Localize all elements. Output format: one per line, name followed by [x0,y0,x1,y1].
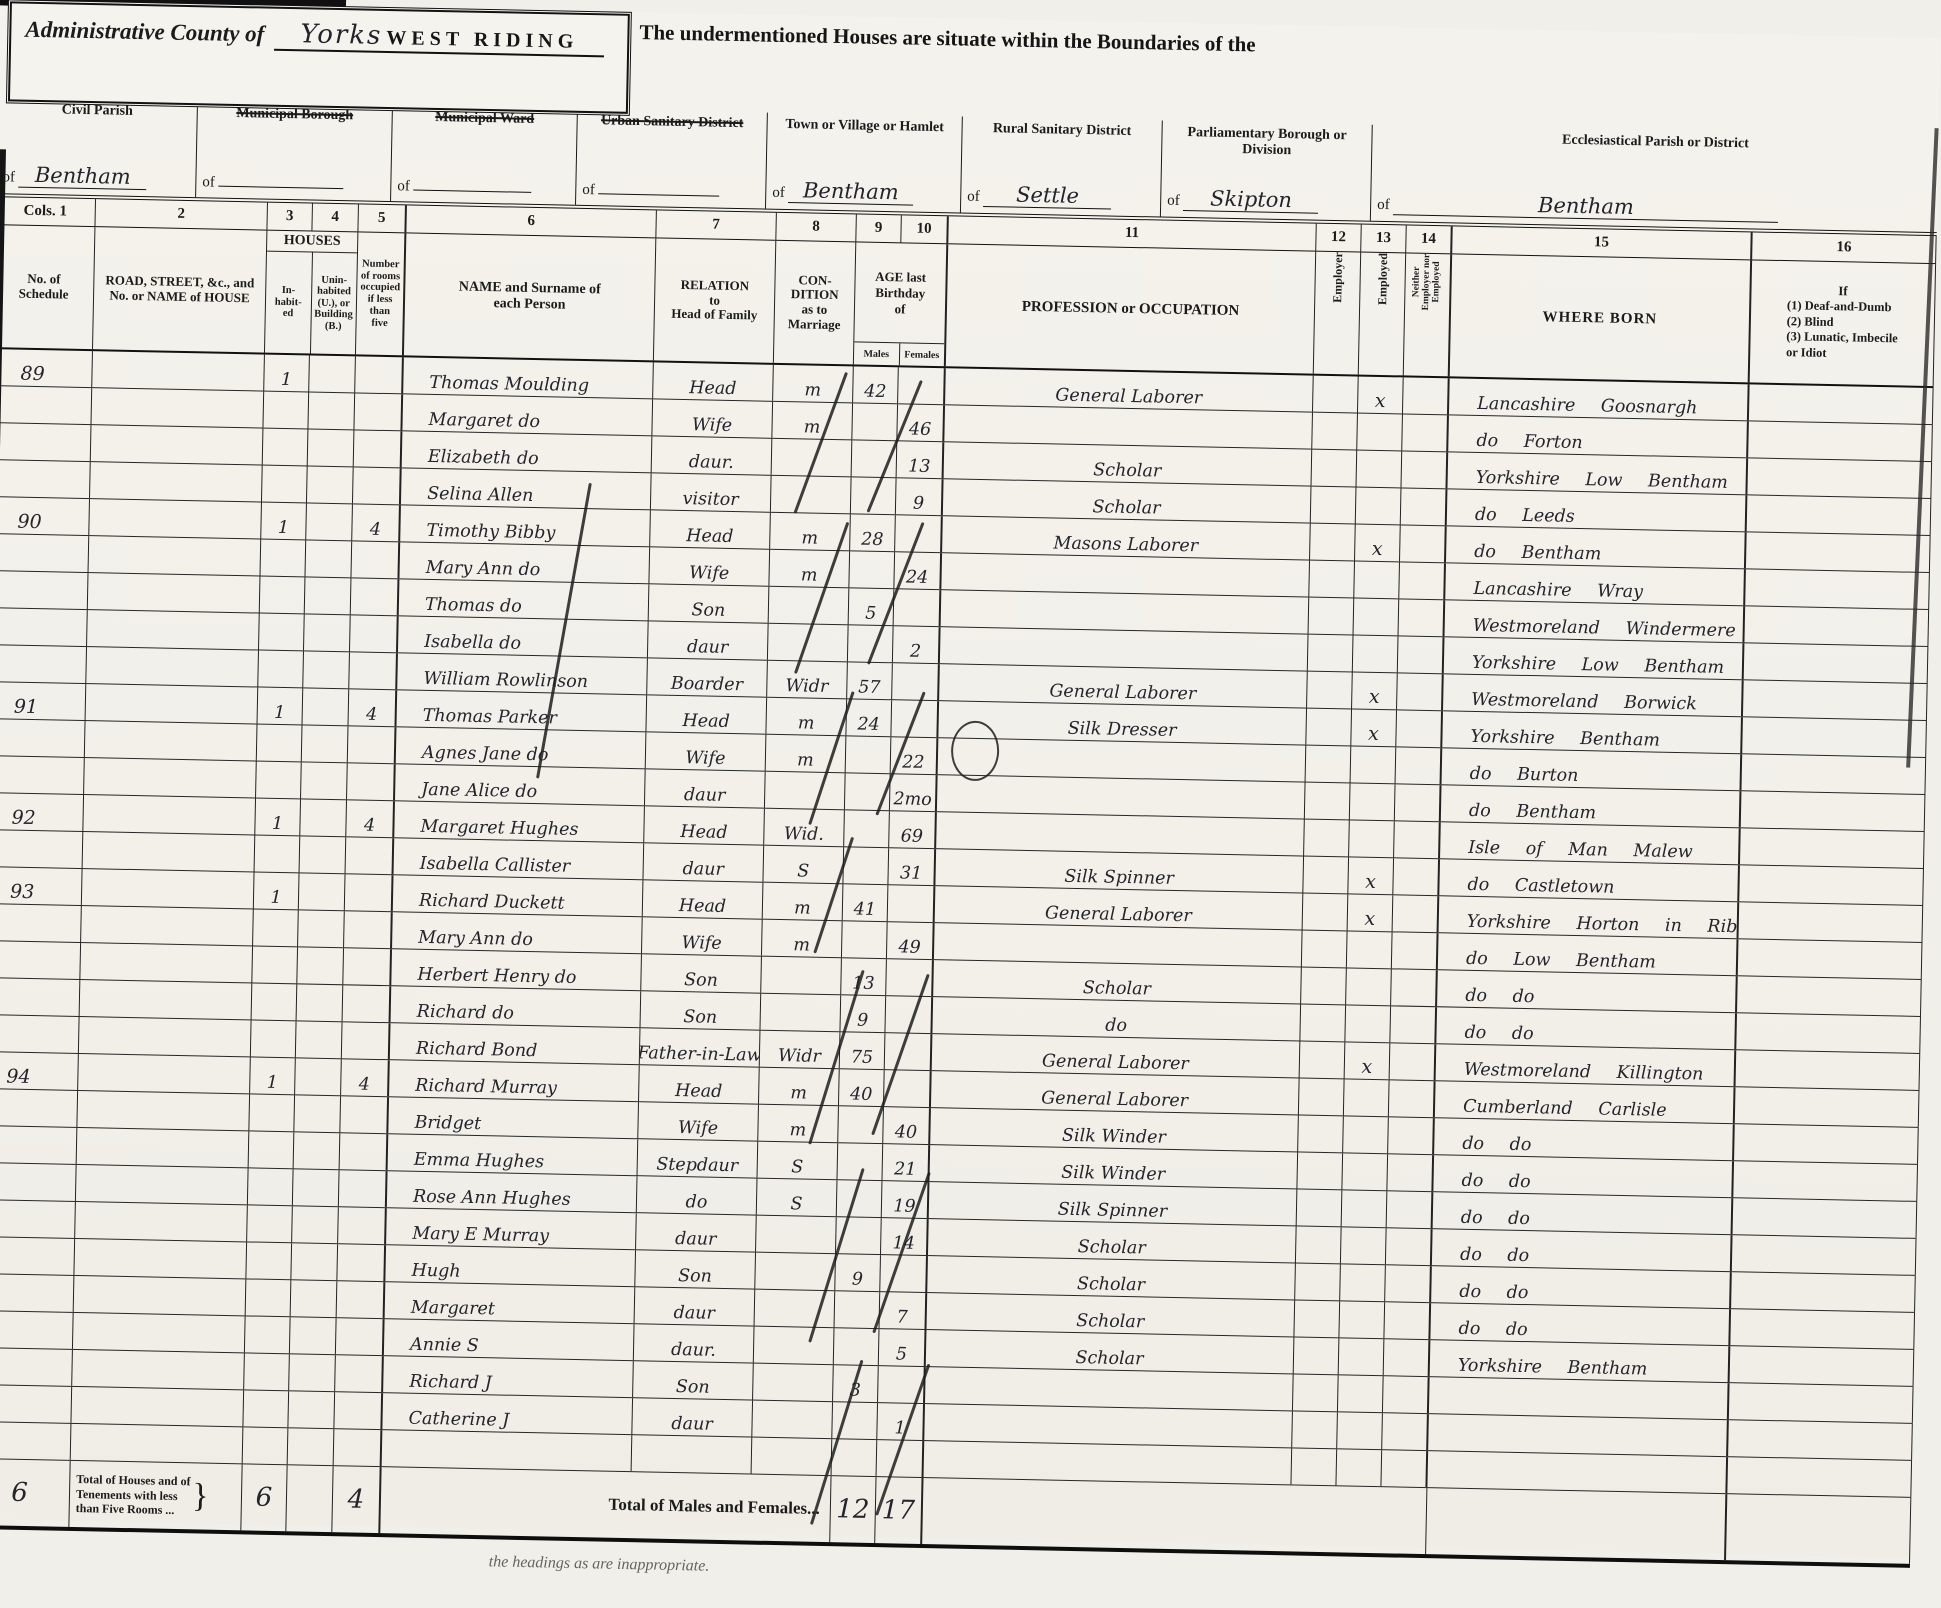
total-rooms: 4 [332,1466,381,1484]
of-label: of [202,174,215,190]
cell-inhabited [252,983,298,1020]
cell-schedule-number [0,571,89,609]
cell-occupation [924,1441,1293,1484]
cell-employer [1304,820,1350,857]
district-label: Rural Sanitary District [962,121,1161,141]
district-value: Bentham [803,178,899,204]
cell-age-male [846,736,892,773]
cell-condition: m [762,920,843,958]
cell-occupation [936,812,1305,855]
district-label: Urban Sanitary District [578,113,767,133]
header-employer: Employer [1331,252,1345,303]
cell-infirmity [1738,939,1923,979]
brace-glyph: } [192,1477,209,1484]
cell-uninhabited [289,1354,336,1391]
cell-neither [1381,1450,1428,1484]
cell-uninhabited [291,1280,338,1317]
cell-name [382,1430,633,1471]
cell-neither [1397,673,1444,710]
district-label: Parliamentary Borough or Division [1162,125,1372,161]
header-neither: Neither Employer nor Employed [1412,254,1443,311]
district-value-line: Bentham [788,178,913,205]
cell-condition [752,1438,833,1476]
district-label: Ecclesiastical Parish or District [1372,129,1938,156]
cell-relation [632,1435,753,1473]
cell-rooms [351,578,400,615]
cell-age-male: 42 [853,366,899,403]
cell-age-female [885,1033,933,1070]
cell-rooms [335,1355,384,1392]
cell-relation: Boarder [647,658,768,696]
cell-occupation: Masons Laborer [942,516,1311,559]
cell-employer [1305,783,1351,820]
cell-uninhabited [303,651,350,688]
district-cell: Ecclesiastical Parish or District of Ben… [1371,125,1939,232]
page-title: The undermentioned Houses are situate wi… [639,20,1256,57]
cell-age-female: 2mo [890,774,938,811]
cell-employer [1295,1263,1341,1300]
cell-occupation: Scholar [943,479,1312,522]
cell-infirmity [1739,865,1924,905]
cell-inhabited [256,762,302,799]
cell-road [72,1350,245,1389]
cell-name: Margaret Hughes [394,801,645,842]
cell-name: William Rowlinson [397,653,648,694]
cell-where-born: do do [1433,1192,1734,1234]
cell-neither [1396,710,1443,747]
cell-condition: S [763,846,844,884]
cell-where-born: do Castletown [1439,859,1740,901]
cell-occupation: Scholar [927,1256,1296,1299]
cell-road [77,1128,250,1167]
cell-occupation: Silk Winder [930,1108,1299,1151]
cell-neither [1390,1006,1437,1043]
cell-neither [1390,1043,1437,1080]
cell-age-male: 41 [843,884,889,921]
cell-age-male: 13 [841,958,887,995]
administrative-county-box: Administrative County of Yorks WEST RIDI… [8,1,630,113]
cell-rooms [354,393,403,430]
cell-condition: Wid. [764,809,845,847]
cell-employed [1356,488,1402,525]
cell-employer [1300,1005,1346,1042]
cell-employed: x [1348,857,1394,894]
district-of-line: of [582,182,755,202]
cell-name: Bridget [388,1097,639,1138]
cell-name: Richard Bond [390,1023,641,1064]
cell-age-male [843,847,889,884]
cell-neither [1384,1339,1431,1376]
cell-neither [1384,1302,1431,1339]
cell-inhabited [243,1427,289,1464]
cell-employed: x [1358,377,1404,414]
total-houses-label-cell: Total of Houses and of Tenements with le… [69,1461,242,1484]
cell-relation: daur [645,769,766,807]
cell-uninhabited [297,984,344,1021]
cell-rooms [347,763,396,800]
column-number: 13 [1361,225,1407,253]
district-value-line [414,190,532,193]
cell-schedule-number [0,386,92,424]
cell-condition [752,1401,833,1439]
cell-rooms [353,467,402,504]
cell-infirmity [1743,680,1928,720]
header-relation: RELATION to Head of Family [654,238,776,362]
district-of-line: of [202,174,380,195]
cell-age-male: 40 [839,1069,885,1106]
cell-employer [1303,857,1349,894]
cell-neither [1400,525,1447,562]
cell-schedule-number: 94 [0,1052,79,1090]
cell-neither [1385,1265,1432,1302]
cell-inhabited: 1 [261,503,307,540]
cell-infirmity [1744,643,1929,683]
cell-where-born: Yorkshire Bentham [1430,1340,1731,1382]
cell-uninhabited [295,1058,342,1095]
cell-neither [1387,1154,1434,1191]
district-of-line: of Settle [967,182,1150,211]
cell-neither [1395,784,1442,821]
cell-where-born: Westmoreland Killington [1436,1044,1737,1086]
cell-employer [1291,1448,1337,1484]
cell-inhabited: 1 [258,688,304,725]
cell-uninhabited [300,799,347,836]
header-where-born: WHERE BORN [1450,254,1752,382]
cell-name: Timothy Bibby [400,505,651,546]
header-houses-title: HOUSES [267,231,357,254]
cell-name: Hugh [385,1245,636,1286]
cell-condition [761,957,842,995]
cell-inhabited [263,429,309,466]
cell-employer [1301,968,1347,1005]
cell-road [92,351,265,390]
cell-relation: Son [635,1250,756,1288]
cell-inhabited [260,540,306,577]
cell-age-female: 5 [879,1329,927,1366]
cell-employed [1342,1190,1388,1227]
cell-road [86,647,259,686]
cell-age-male: 9 [835,1254,881,1291]
cell-infirmity [1744,606,1929,646]
cell-occupation: General Laborer [939,664,1308,707]
cell-where-born [1429,1377,1730,1419]
header-inhabited: In- habit- ed [265,252,313,354]
cell-schedule-number [0,1348,73,1386]
cell-infirmity [1739,902,1924,942]
cell-neither [1399,599,1446,636]
cell-schedule-number: 93 [0,867,83,905]
cell-where-born: do Forton [1448,415,1749,457]
cell-road [74,1239,247,1278]
total-inhabited: 6 [241,1464,287,1484]
header-name: NAME and Surname of each Person [404,233,656,360]
cell-relation: Father-in-Law [640,1028,761,1066]
cell-employer [1292,1411,1338,1448]
cell-condition [771,476,852,514]
cell-employer [1309,598,1355,635]
column-number: 2 [95,199,268,229]
cell-employed [1339,1301,1385,1338]
cell-relation: Son [641,954,762,992]
cell-age-female: 1 [877,1403,925,1440]
cell-where-born: do do [1430,1303,1731,1345]
cell-rooms [350,615,399,652]
cell-road [90,462,263,501]
district-of-line: of Bentham [772,178,950,207]
cell-schedule-number [0,830,83,868]
cell-name: Rose Ann Hughes [387,1171,638,1212]
cell-relation: Wife [646,732,767,770]
cell-schedule-number [0,1385,72,1423]
cell-inhabited: 1 [254,872,300,909]
cell-road [88,573,261,612]
cell-employer [1309,561,1355,598]
cell-rooms [355,356,404,393]
cell-uninhabited [309,355,356,392]
cell-name: Richard J [383,1356,634,1397]
cell-occupation: Scholar [927,1293,1296,1336]
cell-inhabited [263,392,309,429]
cell-uninhabited [298,910,345,947]
cell-occupation [940,627,1309,670]
district-of-line: of Skipton [1167,186,1360,215]
cell-road [73,1313,246,1352]
cell-infirmity [1747,458,1932,498]
cell-road [79,1017,252,1056]
cell-infirmity [1731,1272,1916,1312]
cell-rooms [336,1318,385,1355]
cell-condition [772,439,853,477]
cell-uninhabited [292,1206,339,1243]
cell-neither [1388,1117,1435,1154]
district-value: Skipton [1210,187,1292,213]
column-number: 5 [358,204,407,232]
cell-neither [1391,969,1438,1006]
cell-inhabited: 1 [264,355,310,392]
header-condition: CON- DITION as to Marriage [774,241,856,365]
cell-where-born: do do [1432,1229,1733,1271]
cell-rooms: 4 [346,800,395,837]
district-value-line: Bentham [18,163,147,191]
cell-rooms [351,541,400,578]
cell-occupation: General Laborer [945,368,1314,411]
cell-name: Mary Ann do [399,542,650,583]
cell-road [80,943,253,982]
cell-schedule-number: 92 [0,793,84,831]
cell-employed: x [1348,894,1394,931]
cell-name: Richard Murray [389,1060,640,1101]
cell-neither [1403,377,1450,414]
west-riding-stamp: WEST RIDING [386,27,578,53]
cell-rooms [343,948,392,985]
cell-name: Margaret do [402,394,653,435]
header-age-title: AGE last Birthday of [854,242,946,343]
cell-schedule-number [0,1089,78,1127]
cell-uninhabited [288,1391,335,1428]
cell-employer [1306,746,1352,783]
cell-employer [1306,709,1352,746]
column-number: 16 [1752,232,1937,263]
cell-road [71,1424,244,1463]
cell-age-male [837,1180,883,1217]
header-females: Females [899,343,944,366]
district-cell: Parliamentary Borough or Division of Ski… [1161,121,1373,221]
cell-relation: visitor [651,473,772,511]
cell-condition [755,1253,836,1291]
total-males: 12 [830,1476,876,1484]
total-females: 17 [875,1477,923,1484]
cell-occupation: do [932,997,1301,1040]
cell-uninhabited [302,725,349,762]
cell-infirmity [1734,1124,1919,1164]
cell-inhabited [253,909,299,946]
cell-age-male: 28 [850,514,896,551]
column-number: Cols. 1 [0,197,96,226]
of-label: of [967,189,980,205]
cell-rooms: 4 [341,1059,390,1096]
cell-inhabited [255,835,301,872]
cell-employer [1311,487,1357,524]
cell-neither [1398,636,1445,673]
cell-employer [1294,1300,1340,1337]
cell-employed [1349,820,1395,857]
cell-where-born [1427,1451,1728,1484]
district-label: Town or Village or Hamlet [767,117,961,137]
cell-occupation [937,775,1306,818]
district-of-line: of Bentham [1377,190,1927,226]
cell-occupation: Scholar [926,1330,1295,1373]
district-value-line [219,186,344,190]
of-label: of [1167,193,1180,209]
cell-occupation: Scholar [928,1219,1297,1262]
cell-name: Jane Alice do [395,764,646,805]
cell-road [78,1054,251,1093]
cell-condition [753,1364,834,1402]
cell-employed: x [1352,672,1398,709]
cell-condition: S [757,1179,838,1217]
cell-employer [1298,1115,1344,1152]
cell-occupation: Scholar [944,442,1313,485]
cell-road [84,758,257,797]
cell-employer [1307,672,1353,709]
column-number: 8 [776,213,857,242]
cell-where-born: do Bentham [1441,785,1742,827]
census-sheet: Administrative County of Yorks WEST RIDI… [0,0,1941,1484]
cell-condition [754,1327,835,1365]
cell-road [83,832,256,871]
header-infirmity-title: If [1838,285,1848,300]
cell-condition: S [758,1142,839,1180]
header-uninhabited: Unin- habited (U.), or Building (B.) [310,253,357,355]
cell-employer [1293,1374,1339,1411]
cell-schedule-number [0,904,82,942]
cell-employer [1313,376,1359,413]
cell-neither [1389,1080,1436,1117]
cell-condition: Widr [767,661,848,699]
cell-relation: daur. [652,436,773,474]
cell-uninhabited [293,1169,340,1206]
district-value-line: Bentham [1393,190,1778,223]
cell-employer [1299,1078,1345,1115]
cell-condition: m [766,735,847,773]
cell-name: Emma Hughes [388,1134,639,1175]
cell-rooms [354,430,403,467]
cell-where-born: Cumberland Carlisle [1435,1081,1736,1123]
cell-employed [1354,562,1400,599]
cell-road [91,388,264,427]
cell-age-female: 9 [896,478,944,515]
cell-age-female: 31 [888,848,936,885]
district-cell: Urban Sanitary District of [576,109,768,209]
cell-uninhabited [300,836,347,873]
cell-employed [1340,1264,1386,1301]
district-value-line [598,193,719,196]
cell-road [76,1165,249,1204]
cell-condition [756,1216,837,1254]
cell-name: Isabella Callister [394,838,645,879]
cell-where-born: do Burton [1442,748,1743,790]
cell-name: Catherine J [382,1393,633,1434]
district-value: Bentham [35,163,131,189]
column-number: 12 [1316,224,1362,252]
cell-employed [1342,1153,1388,1190]
cell-name: Margaret [385,1282,636,1323]
cell-infirmity [1727,1457,1912,1484]
cell-employed: x [1345,1042,1391,1079]
cell-road [80,980,253,1019]
cell-age-female [878,1366,926,1403]
header-employed: Employed [1376,253,1390,305]
total-uninhabited [286,1465,333,1484]
cell-schedule-number [0,1422,71,1460]
cell-occupation: Silk Winder [929,1145,1298,1188]
cell-where-born: Isle of Man Malew [1440,822,1741,864]
table-body: 89 1 Thomas Moulding Head m 42 General L… [0,349,1934,1484]
cell-uninhabited [306,503,353,540]
cell-schedule-number [0,460,91,498]
cell-name: Selina Allen [401,468,652,509]
cell-relation: Stepdaur [638,1139,759,1177]
cell-neither [1401,451,1448,488]
cell-neither [1393,895,1440,932]
cell-neither [1401,488,1448,525]
cell-road [71,1387,244,1426]
cell-uninhabited [308,392,355,429]
cell-condition: m [769,550,850,588]
cell-relation: Head [643,880,764,918]
cell-schedule-number [0,1200,76,1238]
cell-schedule-number [0,423,91,461]
cell-relation: Son [641,991,762,1029]
cell-relation: Head [646,695,767,733]
of-label: of [582,182,595,198]
cell-age-female: 21 [882,1144,930,1181]
cell-infirmity [1747,495,1932,535]
district-value: Bentham [1538,193,1634,219]
header-rooms: Number of rooms occupied if less than fi… [356,232,406,355]
cell-inhabited: 1 [250,1057,296,1094]
cell-age-female [891,700,939,737]
cell-neither [1393,858,1440,895]
total-schedules: 6 [0,1459,71,1484]
cell-name: Thomas do [399,579,650,620]
cell-age-male [832,1439,878,1476]
cell-infirmity [1735,1087,1920,1127]
cell-employed: x [1355,525,1401,562]
cell-where-born: Yorkshire Low Bentham [1447,452,1748,494]
cell-where-born: do do [1436,1007,1737,1049]
column-number: 7 [656,210,777,239]
